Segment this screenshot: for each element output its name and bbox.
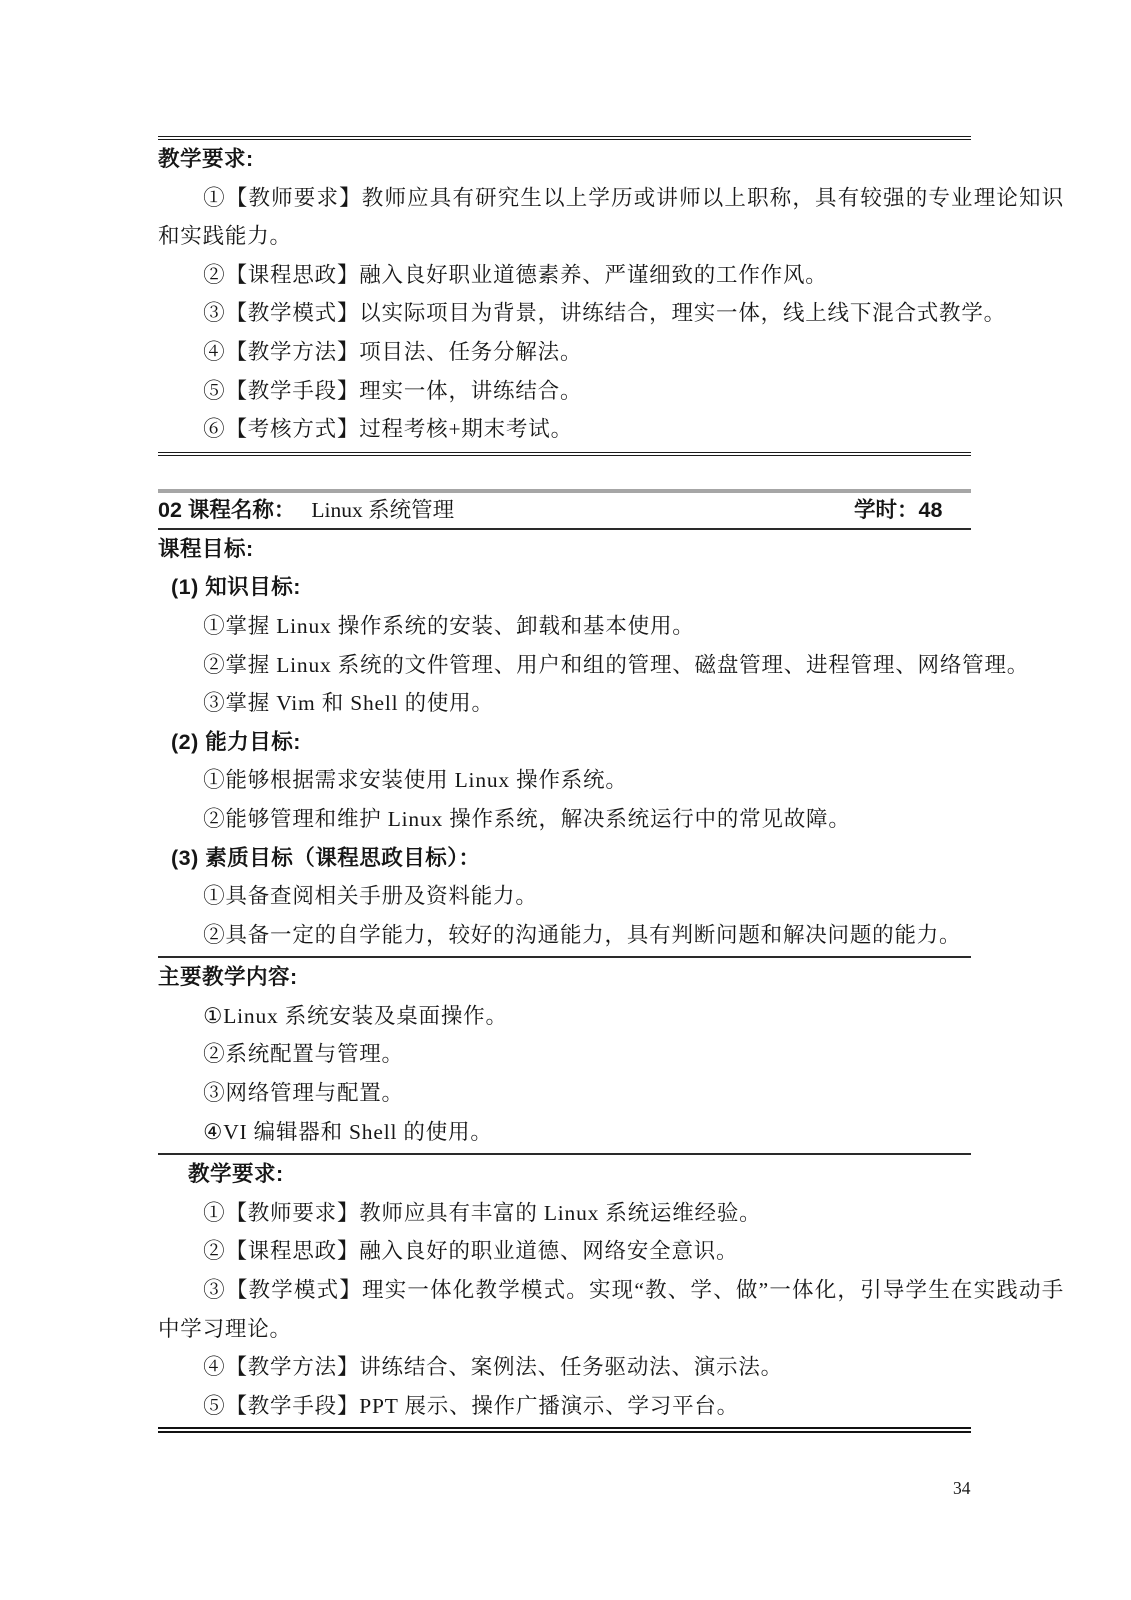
goal-item: ②具备一定的自学能力，较好的沟通能力，具有判断问题和解决问题的能力。: [158, 916, 1064, 955]
requirement-item: ①【教师要求】教师应具有丰富的 Linux 系统运维经验。: [158, 1194, 1064, 1233]
requirement-item: ⑥【考核方式】过程考核+期末考试。: [158, 410, 1064, 449]
content-item: ③网络管理与配置。: [158, 1074, 1064, 1113]
goal-item: ②能够管理和维护 Linux 操作系统，解决系统运行中的常见故障。: [158, 800, 1064, 839]
teaching-requirements-heading-2: 教学要求:: [158, 1155, 1064, 1194]
course-hours-label: 学时：48: [854, 493, 942, 528]
goal-group-title-ability: (2) 能力目标:: [158, 723, 1064, 762]
course-number-label: 02 课程名称：: [158, 498, 295, 522]
requirement-item: ④【教学方法】项目法、任务分解法。: [158, 333, 1064, 372]
goal-item: ①能够根据需求安装使用 Linux 操作系统。: [158, 761, 1064, 800]
content-item: ①Linux 系统安装及桌面操作。: [158, 997, 1064, 1036]
goal-group-title-knowledge: (1) 知识目标:: [158, 568, 1064, 607]
document-page: 教学要求: ①【教师要求】教师应具有研究生以上学历或讲师以上职称，具有较强的专业…: [0, 0, 1131, 1600]
goal-item: ③掌握 Vim 和 Shell 的使用。: [158, 684, 1064, 723]
requirement-item: ②【课程思政】融入良好职业道德素养、严谨细致的工作作风。: [158, 256, 1064, 295]
page-number: 34: [953, 1478, 971, 1499]
teaching-content-heading: 主要教学内容:: [158, 958, 1064, 997]
course-table-bottom-double-rule: [158, 1427, 971, 1433]
requirement-item: ①【教师要求】教师应具有研究生以上学历或讲师以上职称，具有较强的专业理论知识和实…: [158, 179, 1064, 256]
table-bottom-double-rule: [158, 452, 971, 456]
course-name: Linux 系统管理: [311, 498, 454, 522]
document-content: 教学要求: ①【教师要求】教师应具有研究生以上学历或讲师以上职称，具有较强的专业…: [158, 0, 1064, 1433]
course-goals-heading: 课程目标:: [158, 530, 1064, 569]
teaching-requirements-heading-1: 教学要求:: [158, 140, 1064, 179]
requirement-item: ④【教学方法】讲练结合、案例法、任务驱动法、演示法。: [158, 1348, 1064, 1387]
requirement-item: ②【课程思政】融入良好的职业道德、网络安全意识。: [158, 1232, 1064, 1271]
requirement-item: ③【教学模式】以实际项目为背景，讲练结合，理实一体，线上线下混合式教学。: [158, 294, 1064, 333]
goal-item: ①掌握 Linux 操作系统的安装、卸载和基本使用。: [158, 607, 1064, 646]
goal-item: ①具备查阅相关手册及资料能力。: [158, 877, 1064, 916]
goal-group-title-quality: (3) 素质目标（课程思政目标）：: [158, 839, 1064, 878]
requirement-item: ⑤【教学手段】理实一体，讲练结合。: [158, 372, 1064, 411]
content-item: ④VI 编辑器和 Shell 的使用。: [158, 1113, 1064, 1152]
requirement-item: ③【教学模式】理实一体化教学模式。实现“教、学、做”一体化，引导学生在实践动手中…: [158, 1271, 1064, 1348]
content-item: ②系统配置与管理。: [158, 1035, 1064, 1074]
course-header-row: 02 课程名称：Linux 系统管理 学时：48: [158, 493, 1064, 528]
requirement-item: ⑤【教学手段】PPT 展示、操作广播演示、学习平台。: [158, 1387, 1064, 1426]
goal-item: ②掌握 Linux 系统的文件管理、用户和组的管理、磁盘管理、进程管理、网络管理…: [158, 646, 1064, 685]
